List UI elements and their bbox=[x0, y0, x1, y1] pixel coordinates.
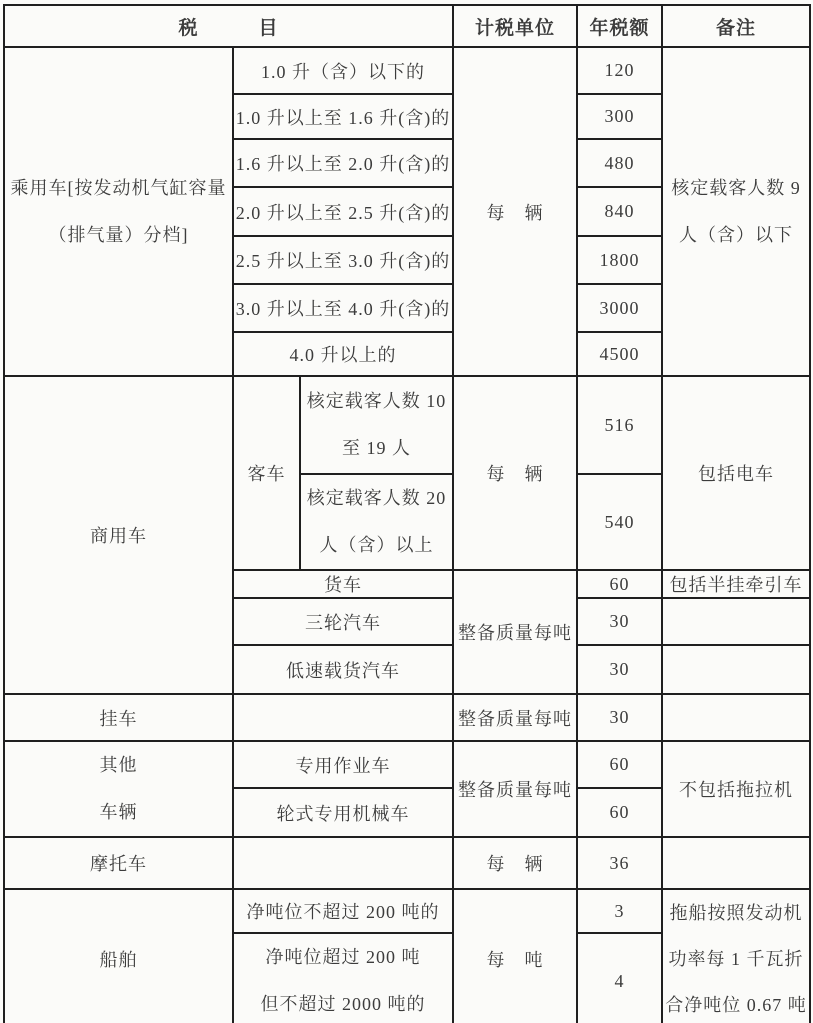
header-tax-item: 税 目 bbox=[4, 5, 453, 47]
text-line: 人（含）以上 bbox=[301, 522, 452, 569]
tax-amount: 120 bbox=[577, 47, 662, 94]
text-line: 核定载客人数 20 bbox=[301, 475, 452, 522]
tax-unit-per-vehicle: 每 辆 bbox=[453, 47, 577, 376]
table-row: 挂车 整备质量每吨 30 bbox=[4, 694, 810, 741]
remark-passenger-capacity: 核定载客人数 9 人（含）以下 bbox=[662, 47, 810, 376]
text-line: 车辆 bbox=[5, 789, 232, 836]
text-line: （排气量）分档] bbox=[5, 212, 232, 259]
text-line: 其他 bbox=[5, 742, 232, 789]
subcategory-low-speed-truck: 低速载货汽车 bbox=[233, 645, 453, 694]
subcategory-displacement-1: 1.0 升（含）以下的 bbox=[233, 47, 453, 94]
category-passenger-car: 乘用车[按发动机气缸容量 （排气量）分档] bbox=[4, 47, 233, 376]
subcategory-displacement-5: 2.5 升以上至 3.0 升(含)的 bbox=[233, 236, 453, 284]
remark-empty bbox=[662, 645, 810, 694]
tax-unit-per-ton-curb-weight: 整备质量每吨 bbox=[453, 570, 577, 694]
tax-amount: 60 bbox=[577, 570, 662, 598]
bus-capacity-20-plus: 核定载客人数 20 人（含）以上 bbox=[300, 474, 453, 570]
remark-includes-semi-trailer-tractor: 包括半挂牵引车 bbox=[662, 570, 810, 598]
tax-amount: 60 bbox=[577, 788, 662, 837]
text-line: 乘用车[按发动机气缸容量 bbox=[5, 165, 232, 212]
table-row: 船舶 净吨位不超过 200 吨的 每 吨 3 拖船按照发动机 功率每 1 千瓦折… bbox=[4, 889, 810, 933]
subcategory-displacement-2: 1.0 升以上至 1.6 升(含)的 bbox=[233, 94, 453, 139]
table-row: 乘用车[按发动机气缸容量 （排气量）分档] 1.0 升（含）以下的 每 辆 12… bbox=[4, 47, 810, 94]
subcategory-displacement-4: 2.0 升以上至 2.5 升(含)的 bbox=[233, 187, 453, 236]
tax-amount: 4 bbox=[577, 933, 662, 1023]
category-commercial-vehicle: 商用车 bbox=[4, 376, 233, 694]
tax-amount: 840 bbox=[577, 187, 662, 236]
remark-empty bbox=[662, 694, 810, 741]
tax-amount: 36 bbox=[577, 837, 662, 889]
subcategory-tonnage-200-2000: 净吨位超过 200 吨 但不超过 2000 吨的 bbox=[233, 933, 453, 1023]
text-line: 功率每 1 千瓦折 bbox=[663, 936, 809, 982]
tax-amount: 516 bbox=[577, 376, 662, 474]
subcategory-empty bbox=[233, 694, 453, 741]
text-line: 核定载客人数 9 bbox=[663, 165, 809, 212]
tax-amount: 4500 bbox=[577, 332, 662, 376]
document-page: 税 目 计税单位 年税额 备注 乘用车[按发动机气缸容量 （排气量）分档] 1.… bbox=[0, 0, 813, 1023]
tax-amount: 60 bbox=[577, 741, 662, 788]
category-trailer: 挂车 bbox=[4, 694, 233, 741]
category-other-vehicles: 其他 车辆 bbox=[4, 741, 233, 837]
text-line: 至 19 人 bbox=[301, 425, 452, 472]
subcategory-displacement-7: 4.0 升以上的 bbox=[233, 332, 453, 376]
text-line: 净吨位超过 200 吨 bbox=[234, 934, 452, 981]
category-vessel: 船舶 bbox=[4, 889, 233, 1023]
tax-unit-per-vehicle: 每 辆 bbox=[453, 376, 577, 570]
text-line: 合净吨位 0.67 吨 bbox=[663, 982, 809, 1023]
text-line: 拖船按照发动机 bbox=[663, 890, 809, 936]
remark-empty bbox=[662, 598, 810, 645]
header-remarks: 备注 bbox=[662, 5, 810, 47]
subcategory-displacement-6: 3.0 升以上至 4.0 升(含)的 bbox=[233, 284, 453, 332]
tax-amount: 3000 bbox=[577, 284, 662, 332]
text-line: 但不超过 2000 吨的 bbox=[234, 981, 452, 1023]
header-tax-unit: 计税单位 bbox=[453, 5, 577, 47]
tax-amount: 300 bbox=[577, 94, 662, 139]
table-header-row: 税 目 计税单位 年税额 备注 bbox=[4, 5, 810, 47]
tax-amount: 1800 bbox=[577, 236, 662, 284]
tax-unit-per-vehicle: 每 辆 bbox=[453, 837, 577, 889]
subcategory-special-operation-vehicle: 专用作业车 bbox=[233, 741, 453, 788]
remark-tugboat-conversion: 拖船按照发动机 功率每 1 千瓦折 合净吨位 0.67 吨 bbox=[662, 889, 810, 1023]
tax-unit-per-ton: 每 吨 bbox=[453, 889, 577, 1023]
subcategory-wheeled-special-machinery: 轮式专用机械车 bbox=[233, 788, 453, 837]
remark-excludes-tractor: 不包括拖拉机 bbox=[662, 741, 810, 837]
tax-amount: 30 bbox=[577, 694, 662, 741]
subcategory-tonnage-under-200: 净吨位不超过 200 吨的 bbox=[233, 889, 453, 933]
tax-amount: 480 bbox=[577, 139, 662, 187]
subcategory-three-wheeled: 三轮汽车 bbox=[233, 598, 453, 645]
remark-includes-trolleybus: 包括电车 bbox=[662, 376, 810, 570]
tax-amount: 30 bbox=[577, 645, 662, 694]
table-row: 摩托车 每 辆 36 bbox=[4, 837, 810, 889]
tax-amount: 30 bbox=[577, 598, 662, 645]
subcategory-empty bbox=[233, 837, 453, 889]
category-motorcycle: 摩托车 bbox=[4, 837, 233, 889]
subcategory-displacement-3: 1.6 升以上至 2.0 升(含)的 bbox=[233, 139, 453, 187]
bus-capacity-10-19: 核定载客人数 10 至 19 人 bbox=[300, 376, 453, 474]
text-line: 核定载客人数 10 bbox=[301, 378, 452, 425]
table-row: 其他 车辆 专用作业车 整备质量每吨 60 不包括拖拉机 bbox=[4, 741, 810, 788]
tax-unit-per-ton-curb-weight: 整备质量每吨 bbox=[453, 741, 577, 837]
subcategory-bus: 客车 bbox=[233, 376, 300, 570]
tax-unit-per-ton-curb-weight: 整备质量每吨 bbox=[453, 694, 577, 741]
vehicle-vessel-tax-table: 税 目 计税单位 年税额 备注 乘用车[按发动机气缸容量 （排气量）分档] 1.… bbox=[3, 4, 811, 1023]
tax-amount: 3 bbox=[577, 889, 662, 933]
remark-empty bbox=[662, 837, 810, 889]
table-row: 商用车 客车 核定载客人数 10 至 19 人 每 辆 516 包括电车 bbox=[4, 376, 810, 474]
header-annual-tax: 年税额 bbox=[577, 5, 662, 47]
subcategory-truck: 货车 bbox=[233, 570, 453, 598]
tax-amount: 540 bbox=[577, 474, 662, 570]
text-line: 人（含）以下 bbox=[663, 212, 809, 259]
